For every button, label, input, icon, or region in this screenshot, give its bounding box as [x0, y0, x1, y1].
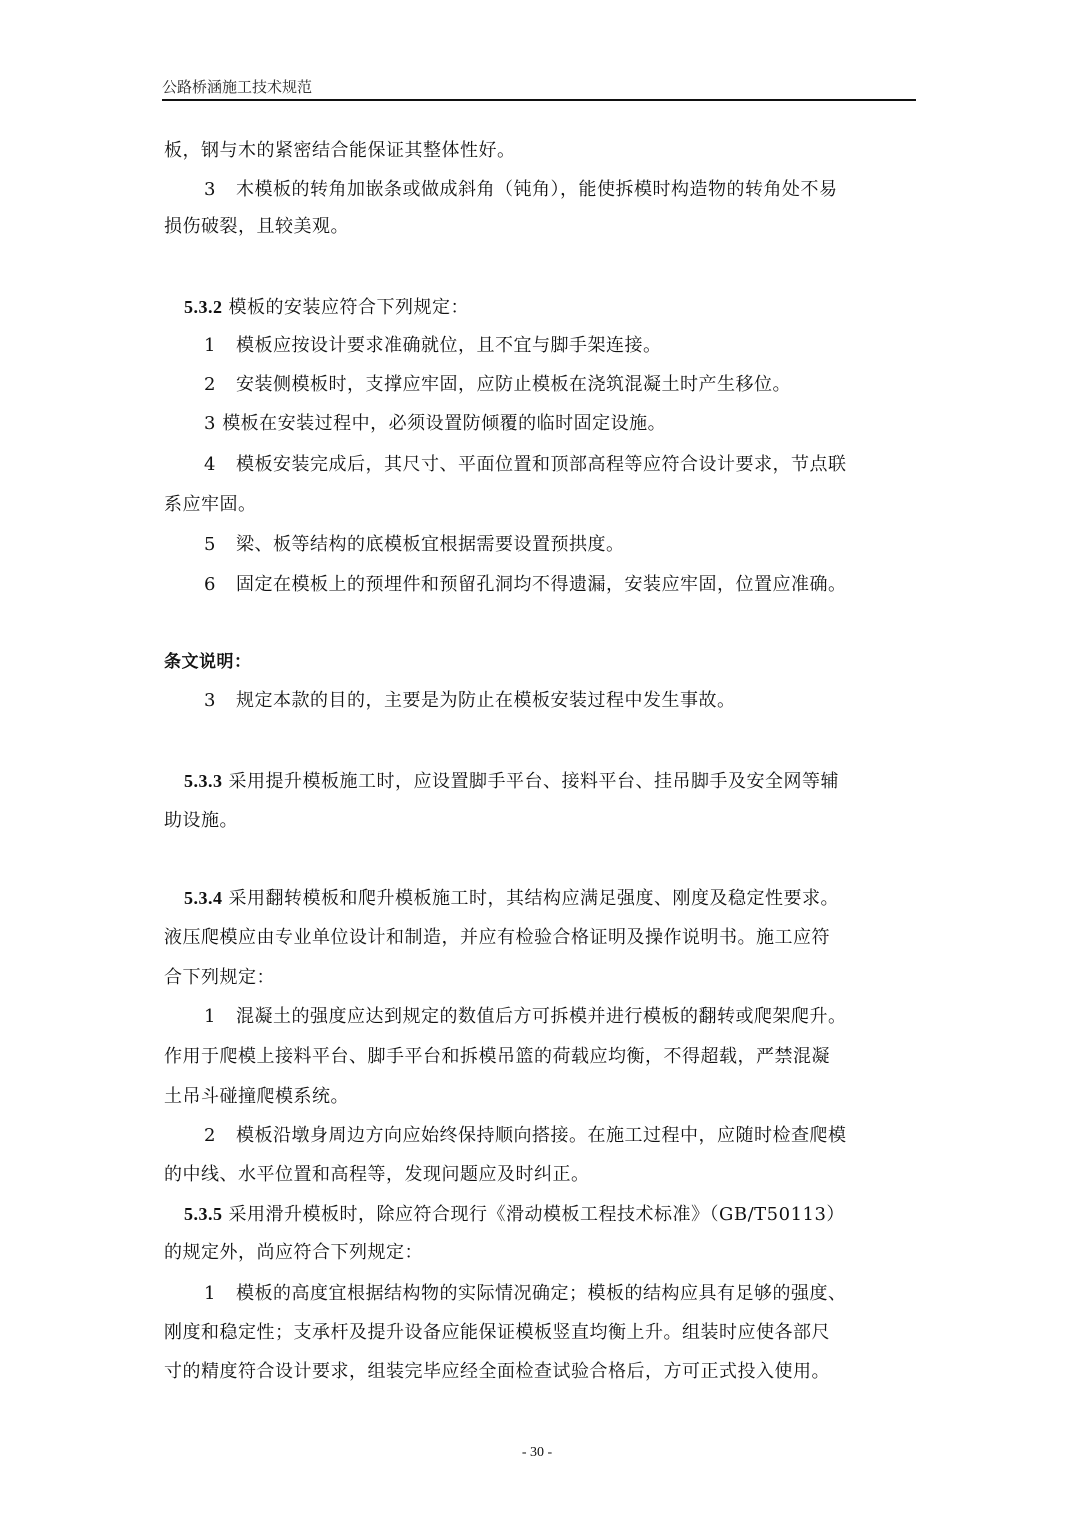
paragraph-line: 作用于爬模上接料平台、脚手平台和拆模吊篮的荷载应均衡，不得超载，严禁混凝 [164, 1046, 916, 1068]
paragraph-line: 助设施。 [164, 810, 916, 832]
item-number: 2 [204, 1125, 236, 1147]
list-item: 6固定在模板上的预埋件和预留孔洞均不得遗漏，安装应牢固，位置应准确。 [204, 574, 956, 596]
item-text: 模板的高度宜根据结构物的实际情况确定；模板的结构应具有足够的强度、 [236, 1283, 847, 1304]
running-header: 公路桥涵施工技术规范 [162, 76, 916, 97]
item-number: 1 [204, 1283, 236, 1305]
list-item: 1模板应按设计要求准确就位，且不宜与脚手架连接。 [204, 335, 956, 357]
item-number: 3 [204, 179, 236, 201]
section-heading-5-3-4: 5.3.4采用翻转模板和爬升模板施工时，其结构应满足强度、刚度及稳定性要求。 [184, 887, 936, 910]
section-text: 采用滑升模板时，除应符合现行《滑动模板工程技术标准》（GB/T50113） [229, 1204, 845, 1225]
item-number: 4 [204, 454, 236, 476]
page-number: - 30 - [0, 1445, 1074, 1461]
section-heading-5-3-2: 5.3.2模板的安装应符合下列规定： [184, 296, 936, 319]
list-item: 5梁、板等结构的底模板宜根据需要设置预拱度。 [204, 534, 956, 556]
list-item: 3木模板的转角加嵌条或做成斜角（钝角），能使拆模时构造物的转角处不易 [204, 179, 956, 201]
list-item: 2模板沿墩身周边方向应始终保持顺向搭接。在施工过程中，应随时检查爬模 [204, 1125, 956, 1147]
item-text: 模板沿墩身周边方向应始终保持顺向搭接。在施工过程中，应随时检查爬模 [236, 1125, 847, 1146]
item-number: 1 [204, 1006, 236, 1028]
section-number: 5.3.5 [184, 1204, 223, 1224]
item-number: 3 [204, 690, 236, 712]
paragraph-line: 的中线、水平位置和高程等，发现问题应及时纠正。 [164, 1164, 916, 1186]
section-text: 采用翻转模板和爬升模板施工时，其结构应满足强度、刚度及稳定性要求。 [229, 888, 840, 909]
section-text: 采用提升模板施工时，应设置脚手平台、接料平台、挂吊脚手及安全网等辅 [229, 771, 840, 792]
paragraph-line: 板，钢与木的紧密结合能保证其整体性好。 [164, 140, 916, 162]
item-number: 2 [204, 374, 236, 396]
item-number: 3 [204, 413, 216, 434]
item-text: 规定本款的目的，主要是为防止在模板安装过程中发生事故。 [236, 690, 736, 711]
section-number: 5.3.2 [184, 297, 223, 317]
item-number: 1 [204, 335, 236, 357]
paragraph-line: 液压爬模应由专业单位设计和制造，并应有检验合格证明及操作说明书。施工应符 [164, 927, 916, 949]
paragraph-line: 系应牢固。 [164, 494, 916, 516]
list-item: 3规定本款的目的，主要是为防止在模板安装过程中发生事故。 [204, 690, 956, 712]
section-number: 5.3.4 [184, 888, 223, 908]
paragraph-line: 刚度和稳定性；支承杆及提升设备应能保证模板竖直均衡上升。组装时应使各部尺 [164, 1322, 916, 1344]
item-text: 模板应按设计要求准确就位，且不宜与脚手架连接。 [236, 335, 662, 356]
section-heading-5-3-5: 5.3.5采用滑升模板时，除应符合现行《滑动模板工程技术标准》（GB/T5011… [184, 1203, 936, 1226]
list-item: 1混凝土的强度应达到规定的数值后方可拆模并进行模板的翻转或爬架爬升。 [204, 1006, 956, 1028]
section-title: 模板的安装应符合下列规定： [229, 297, 470, 318]
paragraph-line: 合下列规定： [164, 967, 916, 989]
item-text: 固定在模板上的预埋件和预留孔洞均不得遗漏，安装应牢固，位置应准确。 [236, 574, 847, 595]
explanation-heading: 条文说明： [164, 651, 916, 673]
header-rule [162, 99, 916, 101]
item-text: 木模板的转角加嵌条或做成斜角（钝角），能使拆模时构造物的转角处不易 [236, 179, 838, 200]
item-text: 模板在安装过程中，必须设置防倾覆的临时固定设施。 [222, 413, 666, 434]
item-number: 5 [204, 534, 236, 556]
paragraph-line: 寸的精度符合设计要求，组装完毕应经全面检查试验合格后，方可正式投入使用。 [164, 1361, 916, 1383]
item-text: 梁、板等结构的底模板宜根据需要设置预拱度。 [236, 534, 625, 555]
paragraph-line: 土吊斗碰撞爬模系统。 [164, 1086, 916, 1108]
paragraph-line: 损伤破裂，且较美观。 [164, 216, 916, 238]
list-item: 3 模板在安装过程中，必须设置防倾覆的临时固定设施。 [204, 413, 956, 435]
item-text: 混凝土的强度应达到规定的数值后方可拆模并进行模板的翻转或爬架爬升。 [236, 1006, 847, 1027]
section-heading-5-3-3: 5.3.3采用提升模板施工时，应设置脚手平台、接料平台、挂吊脚手及安全网等辅 [184, 770, 936, 793]
item-number: 6 [204, 574, 236, 596]
item-text: 模板安装完成后，其尺寸、平面位置和顶部高程等应符合设计要求，节点联 [236, 454, 847, 475]
item-text: 安装侧模板时，支撑应牢固，应防止模板在浇筑混凝土时产生移位。 [236, 374, 791, 395]
list-item: 1模板的高度宜根据结构物的实际情况确定；模板的结构应具有足够的强度、 [204, 1283, 956, 1305]
paragraph-line: 的规定外，尚应符合下列规定： [164, 1242, 916, 1264]
list-item: 2安装侧模板时，支撑应牢固，应防止模板在浇筑混凝土时产生移位。 [204, 374, 956, 396]
list-item: 4模板安装完成后，其尺寸、平面位置和顶部高程等应符合设计要求，节点联 [204, 454, 956, 476]
section-number: 5.3.3 [184, 771, 223, 791]
